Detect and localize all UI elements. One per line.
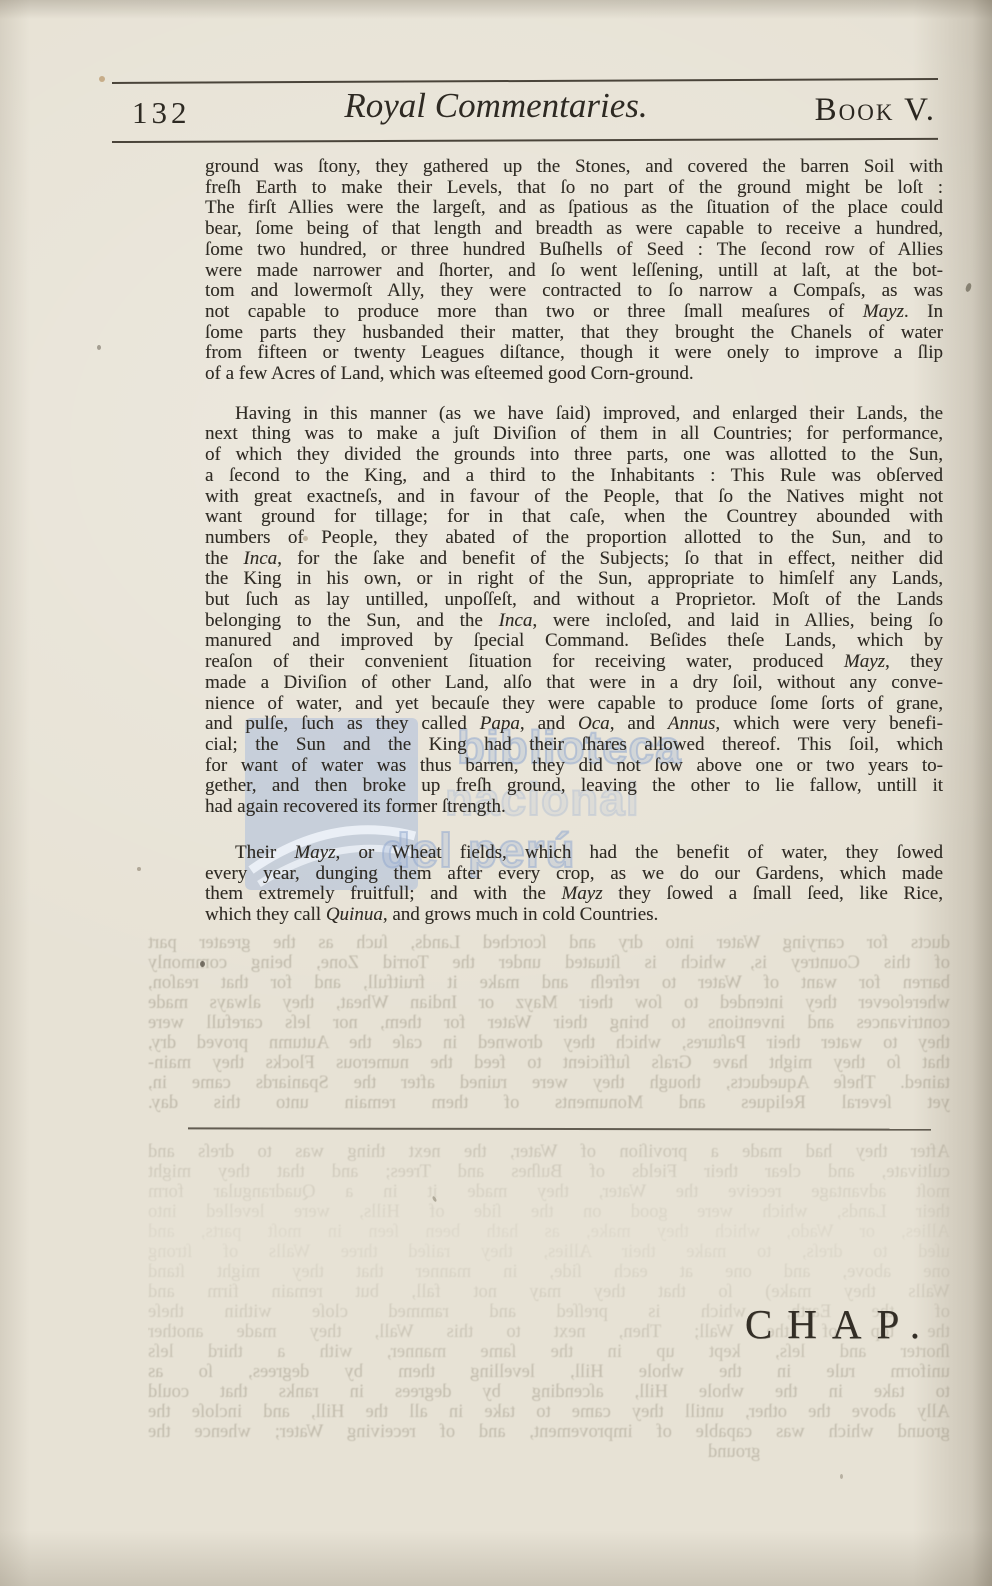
text-line: next thing was to make a juſt Diviſion o… bbox=[205, 424, 943, 445]
bleed-line: ducts for carrying Water into dry and ſc… bbox=[148, 933, 950, 953]
text-line: numbers of People, they abated of the pr… bbox=[205, 528, 943, 549]
bleed-line: to take in the whole Hill, aſcending by … bbox=[148, 1382, 950, 1402]
text-line: gether, and then broke up freſh ground, … bbox=[205, 776, 943, 797]
text-line: not capable to produce more than two or … bbox=[205, 302, 943, 323]
text-line: had again recovered its former ſtrength. bbox=[205, 797, 943, 818]
bleed-line: that ſo they might have Graſs ſufficient… bbox=[148, 1053, 950, 1073]
text-line: cial; the Sun and the King had their ſha… bbox=[205, 735, 943, 756]
text-line: from fifteen or twenty Leagues diſtance,… bbox=[205, 343, 943, 364]
paper-speck bbox=[200, 961, 205, 967]
text-line: ground was ſtony, they gathered up the S… bbox=[205, 157, 943, 178]
bleed-line: contrivances and inventions to bring the… bbox=[148, 1013, 950, 1033]
bleed-line: yet ſeveral Reliques and Monuments of th… bbox=[148, 1093, 950, 1113]
text-line: the Inca, for the ſake and benefit of th… bbox=[205, 549, 943, 570]
scanned-book-page: 132 Royal Commentaries. Book V. bibliote… bbox=[0, 0, 992, 1586]
text-line: every year, dunging them after every cro… bbox=[205, 864, 943, 885]
text-line: them extremely fruitfull; and with the M… bbox=[205, 884, 943, 905]
text-line: tom and lowermoſt Ally, they were contra… bbox=[205, 281, 943, 302]
bleed-line: After they had made a proviſion of Water… bbox=[148, 1142, 950, 1162]
bleed-line: ground which was capable of improvement,… bbox=[148, 1422, 950, 1442]
bleedthrough-above-rule: ducts for carrying Water into dry and ſc… bbox=[148, 933, 950, 1113]
bleed-line: of this Countrey is, which is ſituated u… bbox=[148, 953, 950, 973]
text-line: Having in this manner (as we have ſaid) … bbox=[205, 404, 943, 425]
paper-speck bbox=[840, 1474, 843, 1479]
text-line: bear, ſome being of that length and brea… bbox=[205, 219, 943, 240]
text-line: ſome two hundred, or three hundred Buſhe… bbox=[205, 240, 943, 261]
text-line: the King in his own, or in right of the … bbox=[205, 569, 943, 590]
bleed-line: cultivate, and clear their Fields of Buſ… bbox=[148, 1162, 950, 1182]
bleed-line: barren for want of Water to refreſh and … bbox=[148, 973, 950, 993]
paper-speck bbox=[137, 867, 141, 871]
bleed-line: uniform rule in the whole Hill, levellin… bbox=[148, 1362, 950, 1382]
header-rule-top bbox=[112, 78, 938, 84]
paragraph: ground was ſtony, they gathered up the S… bbox=[205, 157, 943, 385]
text-line: belonging to the Sun, and the Inca, were… bbox=[205, 611, 943, 632]
bleed-line: their Lands, which were good on the ſide… bbox=[148, 1202, 950, 1222]
text-line: which they call Quinua, and grows much i… bbox=[205, 905, 943, 926]
paragraph: Having in this manner (as we have ſaid) … bbox=[205, 404, 943, 818]
bleed-line: tained. Theſe Aqueducts, though they wer… bbox=[148, 1073, 950, 1093]
text-line: for want of water was thus barren, they … bbox=[205, 756, 943, 777]
text-line: of a few Acres of Land, which was eſteem… bbox=[205, 364, 943, 385]
text-line: a ſecond to the King, and a third to the… bbox=[205, 466, 943, 487]
bleed-line: Allies, or Wado, which they make, as hat… bbox=[148, 1222, 950, 1242]
text-line: freſh Earth to make their Levels, that ſ… bbox=[205, 178, 943, 199]
bleed-line: Walls they make) ſo that they may not fa… bbox=[148, 1282, 950, 1302]
paper-speck bbox=[99, 76, 105, 82]
bleed-line: Ally above the other, untill they came t… bbox=[148, 1402, 950, 1422]
text-line: nience of water, and yet becauſe they we… bbox=[205, 694, 943, 715]
bleed-line: moſt advantage receive the Water, they m… bbox=[148, 1182, 950, 1202]
text-line: ſome parts they husbanded their matter, … bbox=[205, 323, 943, 344]
text-line: Their Mayz, or Wheat fields, which had t… bbox=[205, 843, 943, 864]
bleed-line: uſed to dreſs, to make their Allies, the… bbox=[148, 1242, 950, 1262]
paper-speck bbox=[965, 282, 973, 292]
text-column: ground was ſtony, they gathered up the S… bbox=[205, 157, 943, 926]
bleed-line: whereſoever they intended to ſow their M… bbox=[148, 993, 950, 1013]
book-label: Book V. bbox=[815, 92, 936, 129]
section-rule bbox=[188, 1127, 931, 1130]
header-rule-bottom bbox=[112, 138, 938, 143]
text-line: manured and improved by ſpecial Command.… bbox=[205, 631, 943, 652]
bleed-line: they to water their Paſtures, which they… bbox=[148, 1033, 950, 1053]
paragraph: Their Mayz, or Wheat fields, which had t… bbox=[205, 843, 943, 926]
text-line: reaſon of their convenient ſituation for… bbox=[205, 652, 943, 673]
bleed-catchword: ground bbox=[148, 1442, 950, 1462]
text-line: with great exactneſs, and in favour of t… bbox=[205, 487, 943, 508]
chapter-heading: CHAP. bbox=[745, 1300, 935, 1348]
text-line: and pulſe, ſuch as they called Papa, and… bbox=[205, 714, 943, 735]
paper-speck bbox=[303, 536, 308, 541]
text-line: want ground for tillage; for in that caſ… bbox=[205, 507, 943, 528]
text-line: made a Diviſion of other Land, alſo that… bbox=[205, 673, 943, 694]
text-line: The firſt Allies were the largeſt, and a… bbox=[205, 198, 943, 219]
text-line: but ſuch as lay untilled, unpoſſeſt, and… bbox=[205, 590, 943, 611]
paper-speck bbox=[97, 345, 101, 350]
bleed-line: one above, and one at each ſide, in mann… bbox=[148, 1262, 950, 1282]
text-line: were made narrower and ſhorter, and ſo w… bbox=[205, 261, 943, 282]
text-line: of which they divided the grounds into t… bbox=[205, 445, 943, 466]
